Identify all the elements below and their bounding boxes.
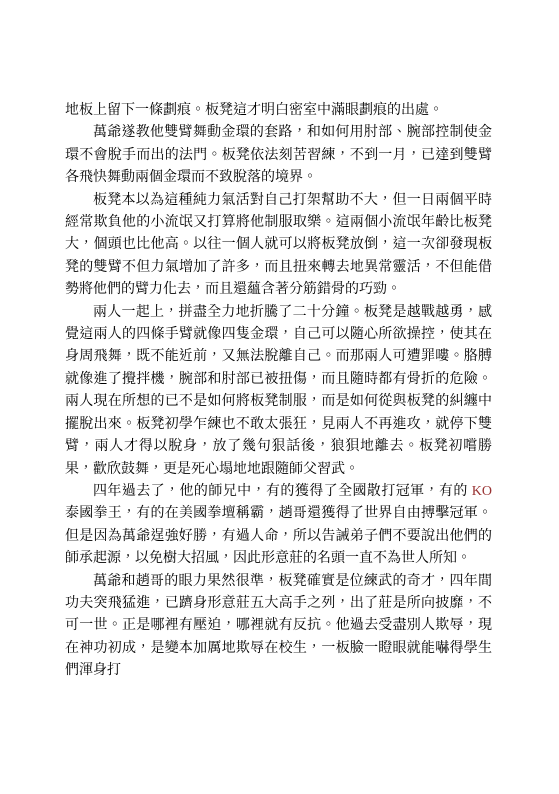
- paragraph: 板凳本以為這種純力氣活對自己打架幫助不大，但一日兩個平時經常欺負他的小流氓又打算…: [65, 190, 492, 302]
- paragraph: 地板上留下一條劃痕。板凳這才明白密室中滿眼劃痕的出處。: [65, 100, 492, 122]
- paragraph-text: 四年過去了，他的師兄中，有的獲得了全國散打冠軍，有的: [93, 484, 472, 499]
- text-block: 地板上留下一條劃痕。板凳這才明白密室中滿眼劃痕的出處。 萬爺遂教他雙臂舞動金環的…: [65, 100, 492, 683]
- paragraph: 萬爺遂教他雙臂舞動金環的套路，和如何用肘部、腕部控制使金環不會脫手而出的法門。板…: [65, 122, 492, 189]
- paragraph: 萬爺和趙哥的眼力果然很準，板凳確實是位練武的奇才，四年間功夫突飛猛進，已躋身形意…: [65, 571, 492, 683]
- ko-highlight: KO: [472, 484, 492, 499]
- book-page: 地板上留下一條劃痕。板凳這才明白密室中滿眼劃痕的出處。 萬爺遂教他雙臂舞動金環的…: [0, 0, 559, 794]
- paragraph: 兩人一起上，拼盡全力地折騰了二十分鐘。板凳是越戰越勇，感覺這兩人的四條手臂就像四…: [65, 302, 492, 481]
- paragraph: 四年過去了，他的師兄中，有的獲得了全國散打冠軍，有的 KO 泰國拳王，有的在美國…: [65, 481, 492, 571]
- paragraph-text: 泰國拳王，有的在美國拳壇稱霸，趙哥還獲得了世界自由搏擊冠軍。但是因為萬爺逞強好勝…: [65, 506, 492, 566]
